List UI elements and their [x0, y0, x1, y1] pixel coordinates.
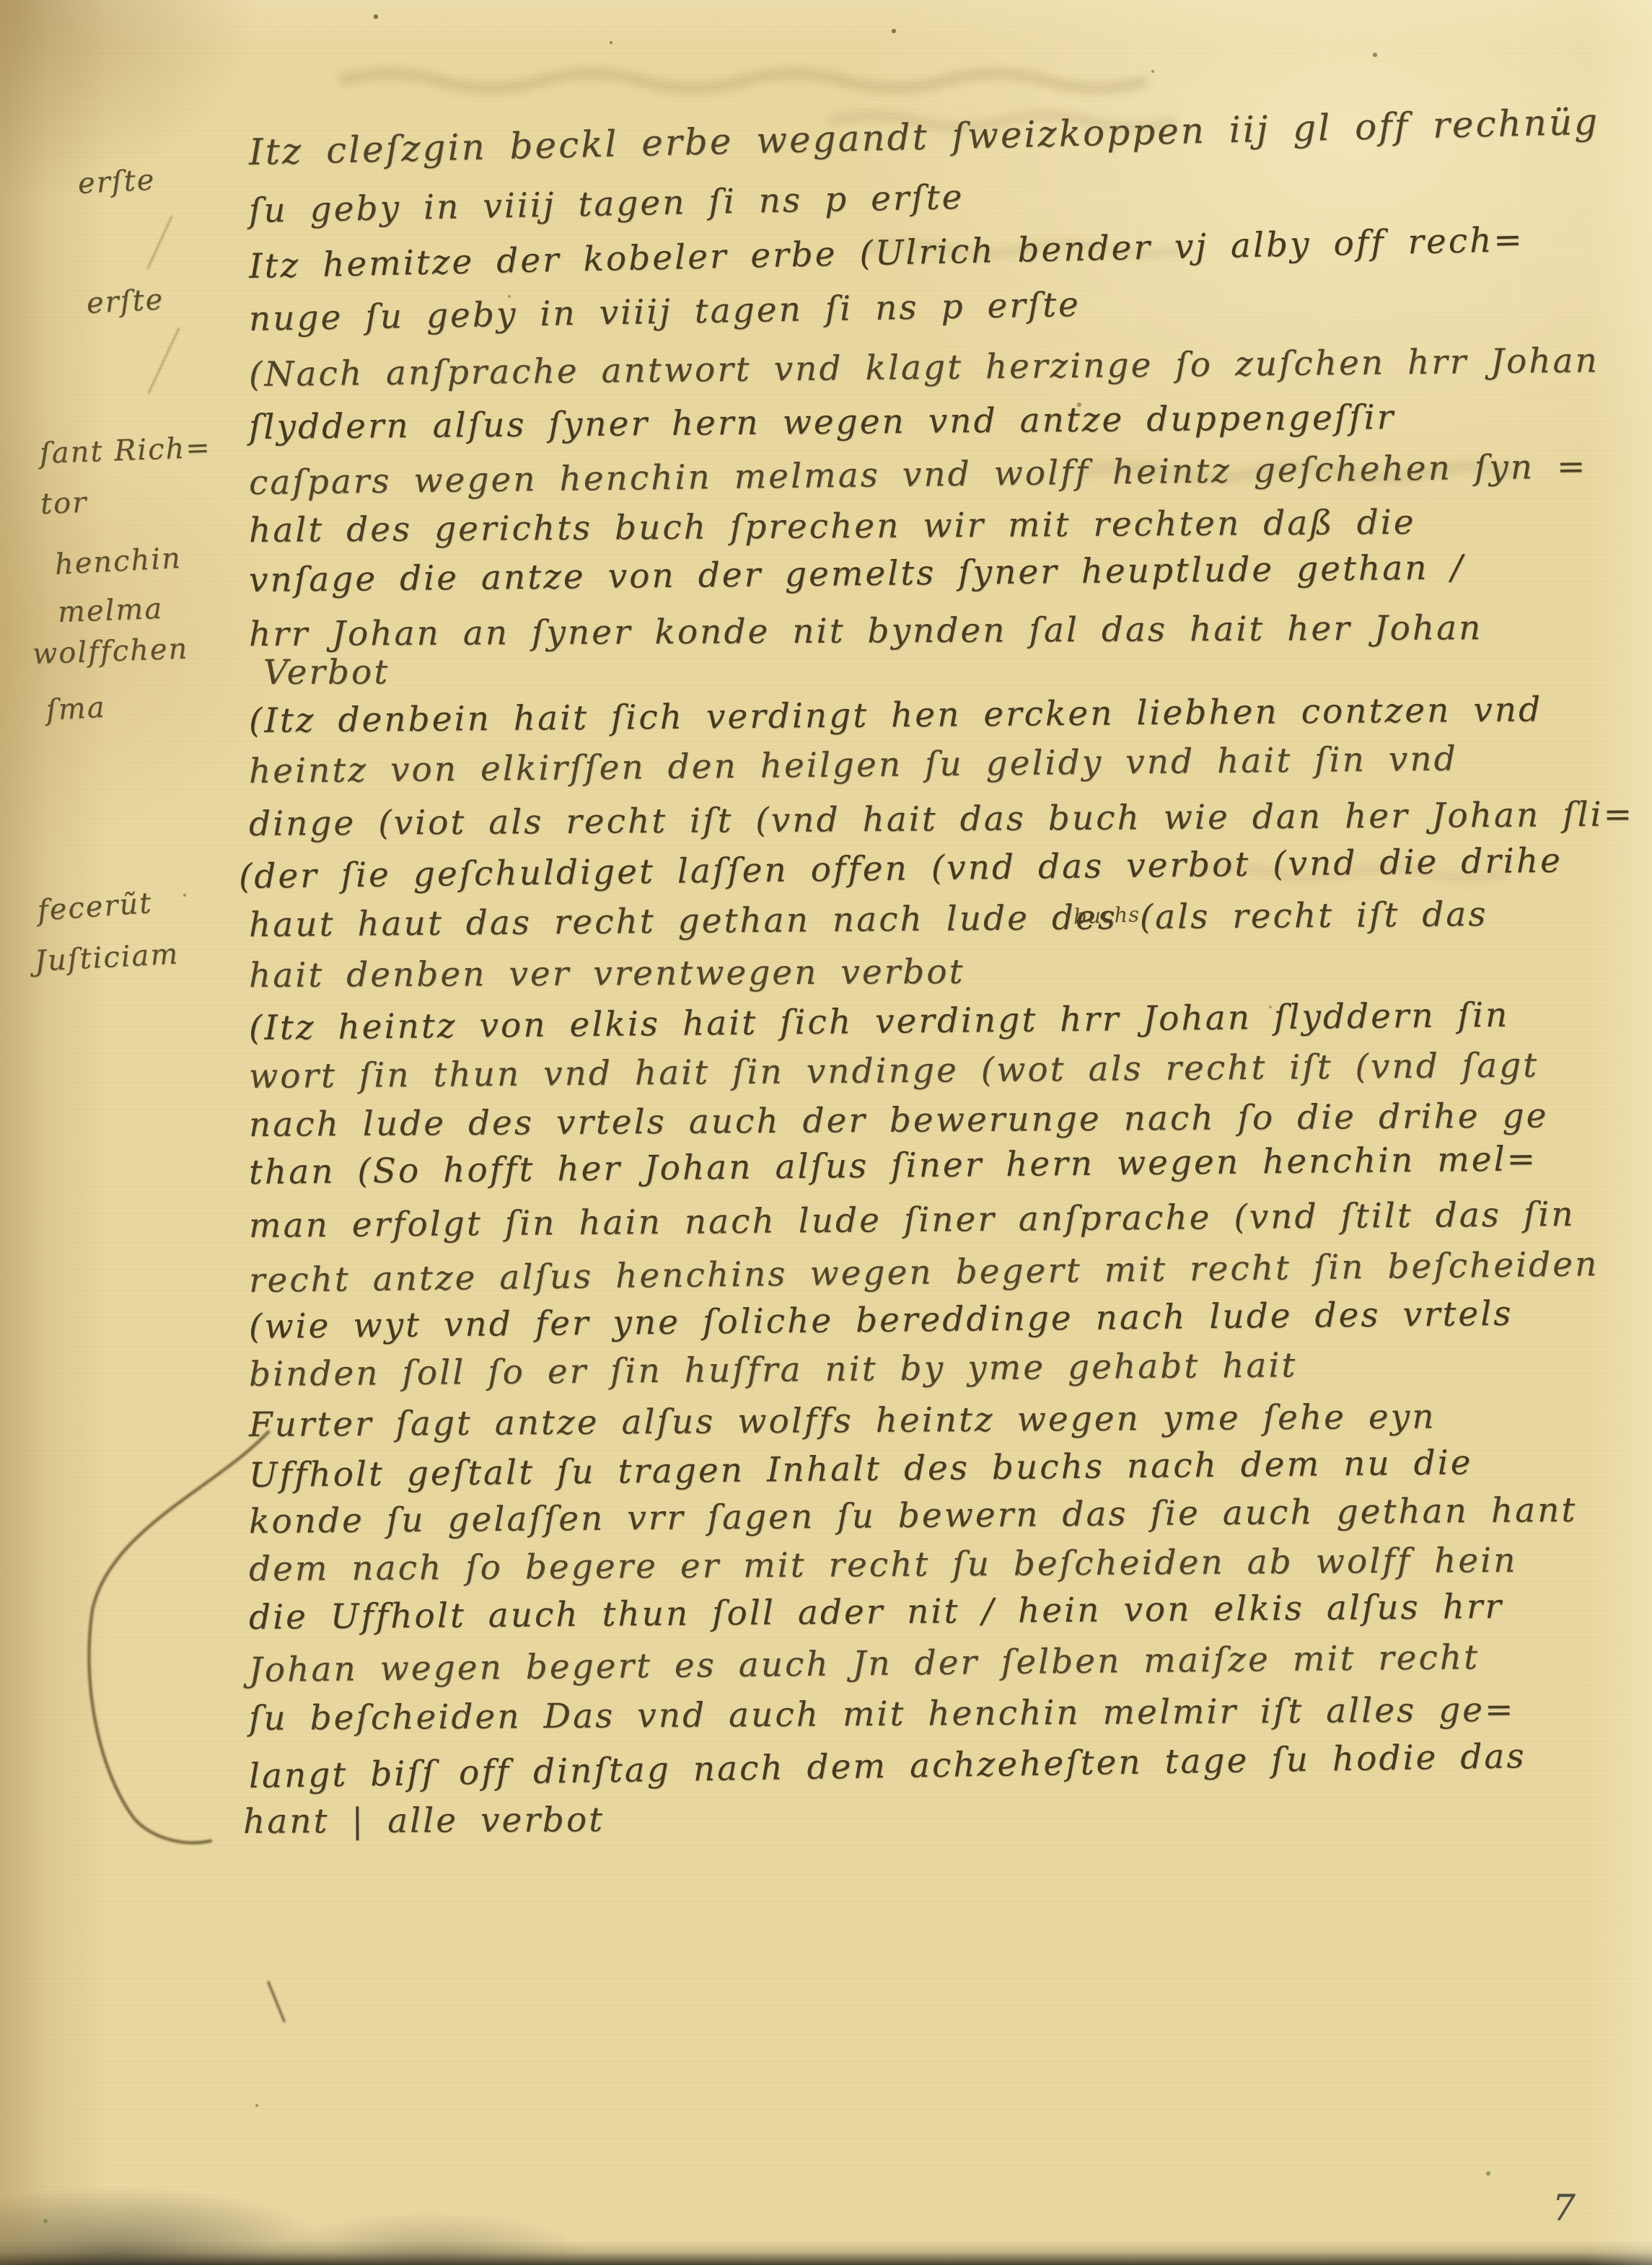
- text-line: (der ſie geſchuldiget laſſen offen (vnd …: [239, 841, 1563, 897]
- margin-note-name-wolffchen: wolffchen: [32, 632, 189, 671]
- text-line: hrr Johan an ſyner konde nit bynden ſal …: [249, 608, 1483, 654]
- margin-note-justiciam: Juſticiam: [34, 938, 180, 978]
- margin-note-erste-1: erſte: [77, 163, 157, 201]
- text-line: Itz hemitze der kobeler erbe (Ulrich ben…: [248, 220, 1524, 286]
- text-line: dem nach ſo begere er mit recht ſu beſch…: [249, 1541, 1518, 1589]
- text-line: dinge (viot als recht iſt (vnd hait das …: [249, 795, 1634, 844]
- margin-note-name-melma: melma: [57, 592, 164, 629]
- text-line: caſpars wegen henchin melmas vnd wolff h…: [249, 447, 1588, 503]
- text-line: konde ſu gelaſſen vrr ſagen ſu bewern da…: [249, 1490, 1578, 1541]
- text-line: binden ſoll ſo er ſin huſfra nit by yme …: [249, 1345, 1298, 1394]
- erste2-descender: [149, 328, 179, 393]
- text-line: nuge ſu geby in viiij tagen ſi ns p erſt…: [249, 285, 1081, 339]
- text-line: langt biſſ off dinſtag nach dem achzeheſ…: [249, 1736, 1526, 1796]
- text-line: hant | alle verbot: [243, 1800, 605, 1842]
- main-text-block: Itz cleſzgin beckl erbe wegandt ſweizkop…: [249, 0, 1623, 2265]
- text-line: nach lude des vrtels auch der bewerunge …: [249, 1096, 1549, 1145]
- text-line: Itz cleſzgin beckl erbe wegandt ſweizkop…: [248, 101, 1599, 173]
- margin-flourish-stroke: [89, 1432, 268, 1843]
- text-line: ſu geby in viiij tagen ſi ns p erſte: [248, 177, 964, 231]
- text-line: ſu beſcheiden Das vnd auch mit henchin m…: [249, 1690, 1516, 1738]
- text-line: halt des gerichts buch ſprechen wir mit …: [249, 503, 1416, 550]
- margin-note-sant-richtor-line2: tor: [40, 486, 88, 521]
- text-line: haut haut das recht gethan nach lude des…: [249, 894, 1488, 945]
- manuscript-page: erſte erſte ſant Rich= tor henchin melma…: [0, 0, 1652, 2265]
- text-line: vnſage die antze von der gemelts ſyner h…: [249, 547, 1465, 600]
- margin-note-name-henchin: henchin: [54, 542, 183, 581]
- text-line: (wie wyt vnd fer yne ſoliche bereddinge …: [249, 1294, 1513, 1347]
- text-line: Johan wegen begert es auch Jn der ſelben…: [249, 1637, 1480, 1690]
- text-line: hait denben ver vrentwegen verbot: [249, 952, 965, 995]
- margin-note-fecerunt: fecerũt: [36, 887, 153, 928]
- text-line: Uffholt geſtalt ſu tragen Inhalt des buc…: [249, 1443, 1473, 1495]
- text-line: (Itz heintz von elkis hait ſich verdingt…: [249, 995, 1510, 1048]
- margin-note-name-sma: ſma: [45, 691, 107, 727]
- paper-speckles: [0, 0, 1, 1]
- text-line: (Itz denbein hait ſich verdingt hen erck…: [249, 690, 1543, 741]
- margin-note-erste-2: erſte: [86, 283, 165, 320]
- text-line: die Uffholt auch thun ſoll ader nit / he…: [249, 1587, 1503, 1637]
- text-line: recht antze alſus henchins wegen begert …: [249, 1244, 1599, 1301]
- margin-note-sant-richtor-line1: ſant Rich=: [39, 431, 211, 470]
- text-line: (Nach anſprache antwort vnd klagt herzin…: [249, 340, 1599, 395]
- text-line: ſlyddern alſus ſyner hern wegen vnd antz…: [249, 397, 1396, 447]
- text-line: wort ſin thun vnd hait ſin vndinge (wot …: [249, 1045, 1539, 1096]
- folio-number: 7: [1552, 2187, 1576, 2229]
- text-line: Furter ſagt antze alſus wolffs heintz we…: [249, 1397, 1436, 1445]
- text-line: man erfolgt ſin hain nach lude ſiner anſ…: [249, 1195, 1576, 1246]
- text-line: heintz von elkirſſen den heilgen ſu geli…: [249, 739, 1458, 791]
- text-line: Verbot: [263, 652, 390, 692]
- text-line: than (So hofft her Johan alſus ſiner her…: [249, 1139, 1538, 1192]
- erste1-descender: [148, 216, 172, 268]
